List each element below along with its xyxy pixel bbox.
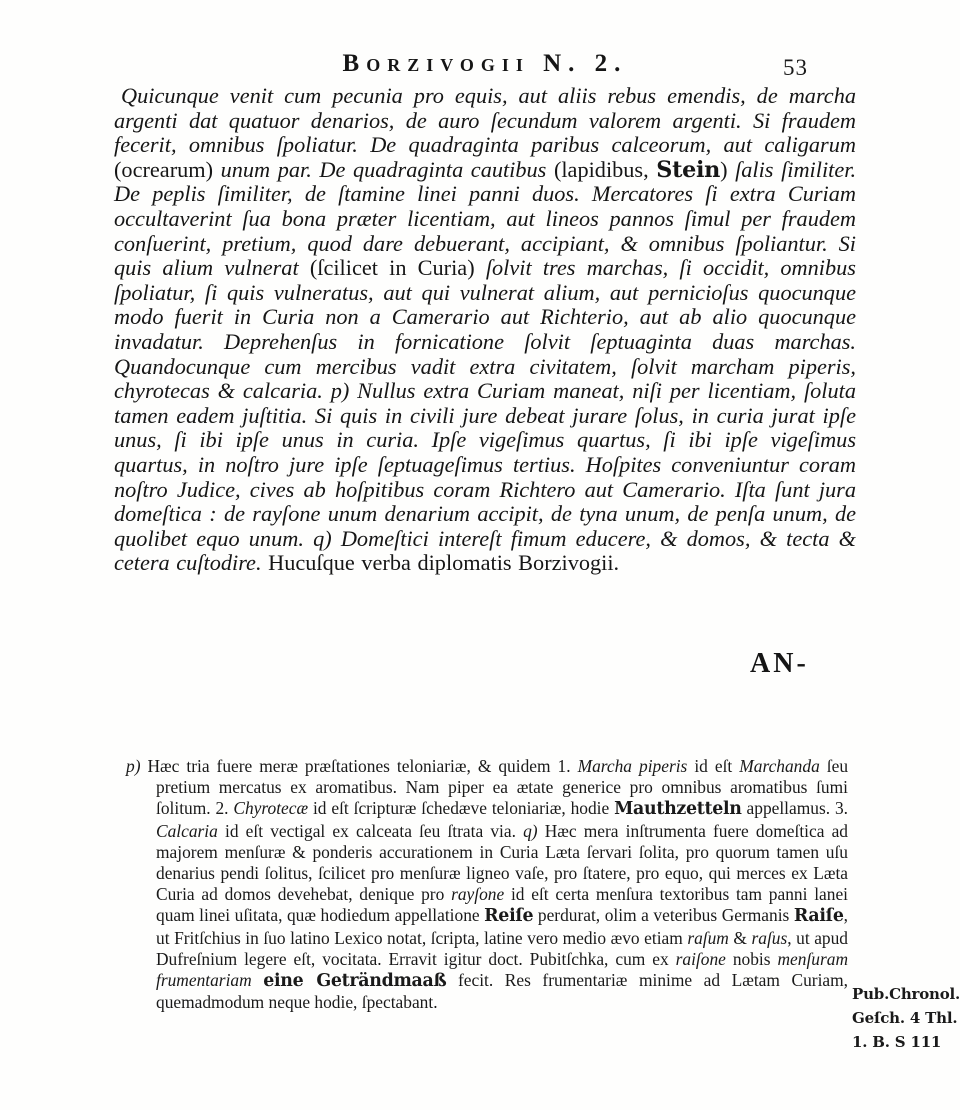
text-segment: perdurat, olim a veteribus Germanis [533, 905, 794, 925]
text-segment: (ocrearum) [114, 157, 213, 182]
text-segment: unum par. De quadraginta cautibus [213, 157, 554, 182]
text-segment: & [729, 928, 752, 948]
text-segment: Reiſe [484, 906, 533, 926]
margin-note: Pub.Chronol. Geſch. 4 Thl. 1. B. S 111 [852, 982, 958, 1054]
text-segment [252, 970, 264, 990]
text-segment: eine Geträndmaaß [263, 971, 446, 991]
text-segment: rayſone [451, 884, 504, 904]
text-segment: Chyrotecæ [233, 798, 308, 818]
running-header-title: Borzivogii N. 2. [115, 50, 855, 78]
text-segment: Quicunque venit cum pecunia pro equis, a… [114, 83, 856, 157]
margin-note-line: Pub.Chronol. [852, 982, 958, 1006]
text-segment: p) [126, 756, 148, 776]
margin-note-line: 1. B. S 111 [852, 1030, 958, 1054]
text-segment: (ſcilicet in Curia) [310, 255, 475, 280]
text-segment: Hæc tria fuere meræ præſtationes telonia… [148, 756, 578, 776]
text-segment: Marchanda [739, 756, 820, 776]
text-segment: Marcha piperis [578, 756, 688, 776]
text-segment: id eſt [687, 756, 739, 776]
text-segment: q) [523, 821, 538, 841]
page-number: 53 [783, 55, 808, 81]
book-page: Borzivogii N. 2. 53 Quicunque venit cum … [0, 0, 960, 1110]
main-text-paragraph: Quicunque venit cum pecunia pro equis, a… [114, 84, 856, 576]
text-segment: Mauthzetteln [614, 799, 742, 819]
margin-note-line: Geſch. 4 Thl. [852, 1006, 958, 1030]
text-segment: appellamus. 3. [742, 798, 848, 818]
text-segment: ſolvit tres marchas, ſi occidit, omnibus… [114, 255, 856, 575]
text-segment: raſum [687, 928, 729, 948]
text-segment: id eſt ſcripturæ ſchedæve teloniariæ, ho… [308, 798, 614, 818]
text-segment: (lapidibus, [554, 157, 656, 182]
text-segment: raſus [751, 928, 787, 948]
text-segment: raiſone [676, 949, 726, 969]
footnote-paragraph: p) Hæc tria fuere meræ præſtationes telo… [126, 756, 848, 1013]
text-segment: Calcaria [156, 821, 218, 841]
text-segment: nobis [726, 949, 778, 969]
catchword: AN- [750, 648, 809, 680]
text-segment: Raiſe [794, 906, 844, 926]
text-segment: Stein [656, 157, 720, 183]
text-segment: id eſt vectigal ex calceata ſeu ſtrata v… [218, 821, 523, 841]
text-segment: Hucuſque verba diplomatis Borzivogii. [262, 550, 620, 575]
text-segment: ) [720, 157, 735, 182]
